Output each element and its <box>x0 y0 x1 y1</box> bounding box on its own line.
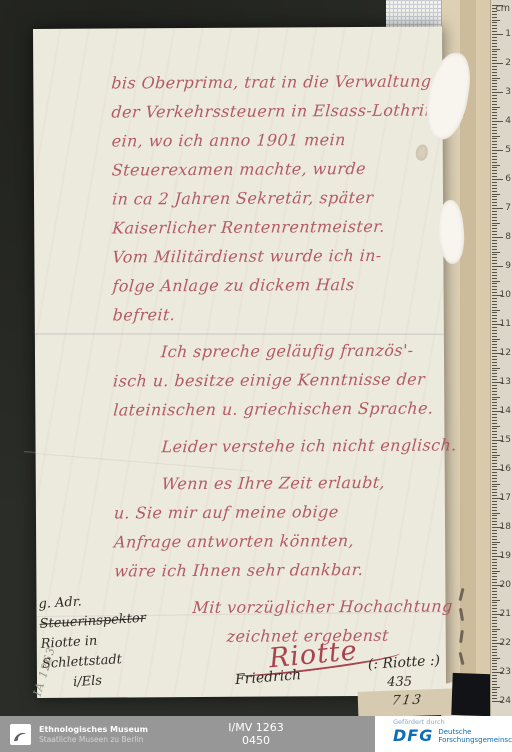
ruler-tick <box>492 22 497 23</box>
ruler-tick <box>492 527 503 528</box>
ruler-tick <box>492 327 497 328</box>
ruler-tick <box>492 481 497 482</box>
ruler-tick <box>492 275 497 276</box>
ruler-tick <box>492 489 497 490</box>
ruler-tick <box>492 594 497 595</box>
ruler-tick <box>492 423 497 424</box>
ruler-tick <box>492 69 497 70</box>
ruler: cm 1234567891011121314151617181920212223… <box>490 0 512 716</box>
ruler-tick <box>492 486 497 487</box>
ruler-tick <box>492 431 497 432</box>
letter-line: Steuerexamen machte, wurde <box>111 154 437 185</box>
ruler-tick <box>492 370 497 371</box>
ruler-tick <box>492 344 497 345</box>
museum-title: Ethnologisches Museum Staatliche Museen … <box>39 725 148 744</box>
ruler-tick <box>492 246 497 247</box>
ruler-tick <box>492 165 500 166</box>
ruler-tick <box>492 498 503 499</box>
letter-line: wäre ich Ihnen sehr dankbar. <box>113 555 439 586</box>
ruler-tick <box>492 449 497 450</box>
ruler-tick <box>492 510 497 511</box>
ruler-tick <box>492 312 497 313</box>
ink-fragment <box>458 652 464 665</box>
ruler-tick <box>492 185 497 186</box>
ruler-tick <box>492 341 497 342</box>
signature-number: 435 <box>387 675 412 690</box>
ruler-tick <box>492 562 497 563</box>
ruler-tick <box>492 14 497 15</box>
letter-line: folge Anlage zu dickem Hals <box>112 270 438 301</box>
ruler-tick <box>492 687 500 688</box>
museum-name: Ethnologisches Museum <box>39 725 148 735</box>
ruler-tick <box>492 663 497 664</box>
ruler-tick <box>492 658 500 659</box>
ruler-tick <box>492 643 503 644</box>
ruler-tick <box>492 588 497 589</box>
ruler-tick <box>492 414 497 415</box>
ruler-tick <box>492 199 497 200</box>
ruler-tick <box>492 397 500 398</box>
ruler-tick <box>492 362 497 363</box>
ruler-tick <box>492 214 497 215</box>
ruler-tick <box>492 559 497 560</box>
ruler-tick <box>492 542 500 543</box>
ruler-tick <box>492 107 500 108</box>
letter-line: u. Sie mir auf meine obige <box>113 497 439 528</box>
ruler-tick <box>492 475 497 476</box>
scanned-letter-photo: cm 1234567891011121314151617181920212223… <box>0 0 512 716</box>
dfg-name-line2: Forschungsgemeinschaft <box>438 736 512 744</box>
ruler-tick <box>492 252 500 253</box>
ruler-tick <box>492 240 497 241</box>
ruler-tick <box>492 356 497 357</box>
ruler-tick <box>492 536 497 537</box>
ruler-tick <box>492 266 503 267</box>
ruler-tick <box>492 159 497 160</box>
ruler-tick <box>492 513 500 514</box>
signature-clerk-note: (: Riotte :) <box>367 653 440 673</box>
ruler-tick <box>492 298 497 299</box>
address-annotation: g. Adr.SteuerinspektorRiotte inSchlettst… <box>38 586 194 695</box>
ink-fragment <box>458 588 464 601</box>
ruler-tick <box>492 478 497 479</box>
ruler-tick <box>492 460 497 461</box>
ruler-tick <box>492 307 497 308</box>
ruler-tick <box>492 568 497 569</box>
ruler-tick <box>492 504 497 505</box>
ruler-tick <box>492 539 497 540</box>
ruler-tick <box>492 295 503 296</box>
ruler-tick <box>492 20 500 21</box>
ruler-tick <box>492 701 503 702</box>
ruler-tick <box>492 684 497 685</box>
ruler-tick <box>492 544 497 545</box>
ruler-tick <box>492 63 503 64</box>
page-scrap: 713 <box>358 688 465 716</box>
letter-line: Vom Militärdienst wurde ich in- <box>111 241 437 272</box>
dfg-full-name: Deutsche Forschungsgemeinschaft <box>438 728 512 744</box>
ruler-tick <box>492 167 497 168</box>
ruler-tick <box>492 646 497 647</box>
ruler-tick <box>492 54 497 55</box>
ruler-tick <box>492 614 503 615</box>
ruler-tick <box>492 446 497 447</box>
dfg-abbr: DFG <box>393 727 433 744</box>
letter-line: ein, wo ich anno 1901 mein <box>111 125 437 156</box>
ruler-tick <box>492 310 500 311</box>
ruler-tick <box>492 576 497 577</box>
ruler-tick <box>492 254 497 255</box>
letter-line: Leider verstehe ich nicht englisch. <box>161 431 439 462</box>
ruler-tick <box>492 457 497 458</box>
ruler-tick <box>492 34 503 35</box>
ruler-tick <box>492 452 497 453</box>
ruler-tick <box>492 127 497 128</box>
ruler-tick <box>492 208 503 209</box>
ruler-tick <box>492 92 503 93</box>
ruler-tick <box>492 281 500 282</box>
ruler-tick <box>492 591 497 592</box>
letter-line: isch u. besitze einige Kenntnisse der <box>112 365 438 396</box>
ruler-tick <box>492 602 497 603</box>
ruler-tick <box>492 66 497 67</box>
ruler-tick <box>492 373 497 374</box>
ruler-tick <box>492 391 497 392</box>
ruler-tick <box>492 626 497 627</box>
ruler-tick <box>492 98 497 99</box>
ruler-tick <box>492 138 497 139</box>
dfg-name-line1: Deutsche <box>438 728 512 736</box>
ruler-tick <box>492 571 500 572</box>
ruler-tick <box>492 109 497 110</box>
museum-subtitle: Staatliche Museen zu Berlin <box>39 735 148 744</box>
ruler-tick <box>492 385 497 386</box>
ruler-tick <box>492 394 497 395</box>
dfg-logo: DFG Deutsche Forschungsgemeinschaft <box>393 727 512 744</box>
ruler-tick <box>492 40 497 41</box>
ruler-tick <box>492 5 503 6</box>
ruler-tick <box>492 136 500 137</box>
ruler-tick <box>492 124 497 125</box>
ruler-tick <box>492 507 497 508</box>
ruler-tick <box>492 469 503 470</box>
letter-line: lateinischen u. griechischen Sprache. <box>112 394 438 425</box>
ink-fragment <box>459 630 464 643</box>
funder-label: Gefördert durch <box>393 719 512 726</box>
letter-line: in ca 2 Jahren Sekretär, später <box>111 183 437 214</box>
ruler-tick <box>492 83 497 84</box>
ruler-tick <box>492 228 497 229</box>
letter-line: Mit vorzüglicher Hochachtung <box>192 592 440 623</box>
ruler-tick <box>492 217 497 218</box>
ruler-tick <box>492 623 497 624</box>
ruler-tick <box>492 359 497 360</box>
ruler-tick <box>492 675 497 676</box>
ruler-tick <box>492 629 500 630</box>
ruler-tick <box>492 46 497 47</box>
ruler-tick <box>492 283 497 284</box>
ruler-tick <box>492 565 497 566</box>
ruler-tick <box>492 8 497 9</box>
ruler-tick <box>492 678 497 679</box>
ruler-tick <box>492 257 497 258</box>
ruler-tick <box>492 617 497 618</box>
ink-fragment <box>459 608 464 621</box>
ruler-tick <box>492 518 497 519</box>
ruler-tick <box>492 440 503 441</box>
footer-bar: Ethnologisches Museum Staatliche Museen … <box>0 716 512 752</box>
ruler-tick <box>492 188 497 189</box>
ruler-tick <box>492 104 497 105</box>
ruler-tick <box>492 597 497 598</box>
ruler-tick <box>492 196 497 197</box>
ruler-tick <box>492 324 503 325</box>
ruler-tick <box>492 547 497 548</box>
ruler-tick <box>492 304 497 305</box>
ruler-tick <box>492 269 497 270</box>
ruler-tick <box>492 501 497 502</box>
ruler-tick <box>492 211 497 212</box>
ruler-tick <box>492 339 500 340</box>
ruler-tick <box>492 353 503 354</box>
ruler-tick <box>492 194 500 195</box>
ruler-tick <box>492 530 497 531</box>
ruler-tick <box>492 182 497 183</box>
ruler-tick <box>492 223 500 224</box>
ruler-tick <box>492 443 497 444</box>
ruler-tick <box>492 153 497 154</box>
ruler-tick <box>492 75 497 76</box>
ruler-tick <box>492 101 497 102</box>
letter-body: bis Oberprima, trat in die Verwaltungder… <box>111 67 439 652</box>
ruler-tick <box>492 426 500 427</box>
ruler-tick <box>492 692 497 693</box>
ruler-tick <box>492 17 497 18</box>
ruler-tick <box>492 333 497 334</box>
ruler-tick <box>492 330 497 331</box>
ruler-tick <box>492 515 497 516</box>
ruler-tick <box>492 179 503 180</box>
ruler-tick <box>492 121 503 122</box>
ruler-tick <box>492 49 500 50</box>
letter-page: bis Oberprima, trat in die Verwaltungder… <box>33 27 446 698</box>
ruler-tick <box>492 672 503 673</box>
ruler-tick <box>492 556 503 557</box>
ruler-tick <box>492 649 497 650</box>
ruler-tick <box>492 141 497 142</box>
ruler-tick <box>492 315 497 316</box>
dfg-logo-box: Gefördert durch DFG Deutsche Forschungsg… <box>375 716 512 752</box>
ruler-tick <box>492 660 497 661</box>
ruler-tick <box>492 689 497 690</box>
ruler-tick <box>492 428 497 429</box>
letter-line: der Verkehrssteuern in Elsass-Lothringen <box>111 96 437 127</box>
ruler-tick <box>492 573 497 574</box>
ruler-tick <box>492 652 497 653</box>
letter-line: befreit. <box>112 299 438 330</box>
ruler-tick <box>492 484 500 485</box>
ruler-tick <box>492 150 503 151</box>
ruler-tick <box>492 365 497 366</box>
ruler-tick <box>492 605 497 606</box>
ruler-tick <box>492 170 497 171</box>
ruler-tick <box>492 455 500 456</box>
ruler-tick <box>492 272 497 273</box>
letter-line: bis Oberprima, trat in die Verwaltung <box>110 67 436 98</box>
ruler-tick <box>492 72 497 73</box>
ruler-tick <box>492 411 503 412</box>
letter-line: Ich spreche geläufig französ'- <box>160 336 438 367</box>
ruler-tick <box>492 133 497 134</box>
ruler-tick <box>492 301 497 302</box>
ruler-tick <box>492 620 497 621</box>
ruler-tick <box>492 655 497 656</box>
ruler-tick <box>492 249 497 250</box>
ruler-tick <box>492 225 497 226</box>
ruler-tick <box>492 95 497 96</box>
ruler-tick <box>492 112 497 113</box>
ruler-tick <box>492 243 497 244</box>
ruler-tick <box>492 162 497 163</box>
ruler-tick <box>492 368 500 369</box>
ruler-tick <box>492 402 497 403</box>
ruler-tick <box>492 336 497 337</box>
ruler-tick <box>492 156 497 157</box>
ruler-tick <box>492 220 497 221</box>
ruler-tick <box>492 634 497 635</box>
ruler-tick <box>492 51 497 52</box>
letter-line: Anfrage antworten könnten, <box>113 526 439 557</box>
ruler-tick <box>492 278 497 279</box>
ruler-tick <box>492 382 503 383</box>
ruler-tick <box>492 600 500 601</box>
ruler-tick <box>492 417 497 418</box>
ruler-tick <box>492 472 497 473</box>
ruler-tick <box>492 37 497 38</box>
smb-logo-icon <box>10 724 31 745</box>
ruler-tick <box>492 130 497 131</box>
ruler-tick <box>492 286 497 287</box>
ruler-tick <box>492 388 497 389</box>
ruler-tick <box>492 80 497 81</box>
ruler-tick <box>492 681 497 682</box>
ruler-tick <box>492 533 497 534</box>
ruler-tick <box>492 585 503 586</box>
ruler-tick <box>492 43 497 44</box>
ruler-tick <box>492 631 497 632</box>
ruler-tick <box>492 237 503 238</box>
ruler-tick <box>492 78 500 79</box>
ruler-tick <box>492 420 497 421</box>
letter-line: Wenn es Ihre Zeit erlaubt, <box>161 468 439 499</box>
letter-line: Kaiserlicher Rentenrentmeister. <box>111 212 437 243</box>
scrap-page-number: 713 <box>391 693 424 709</box>
ruler-tick <box>492 11 497 12</box>
ruler-tick <box>492 25 497 26</box>
ruler-tick <box>492 191 497 192</box>
ruler-tick <box>492 399 497 400</box>
